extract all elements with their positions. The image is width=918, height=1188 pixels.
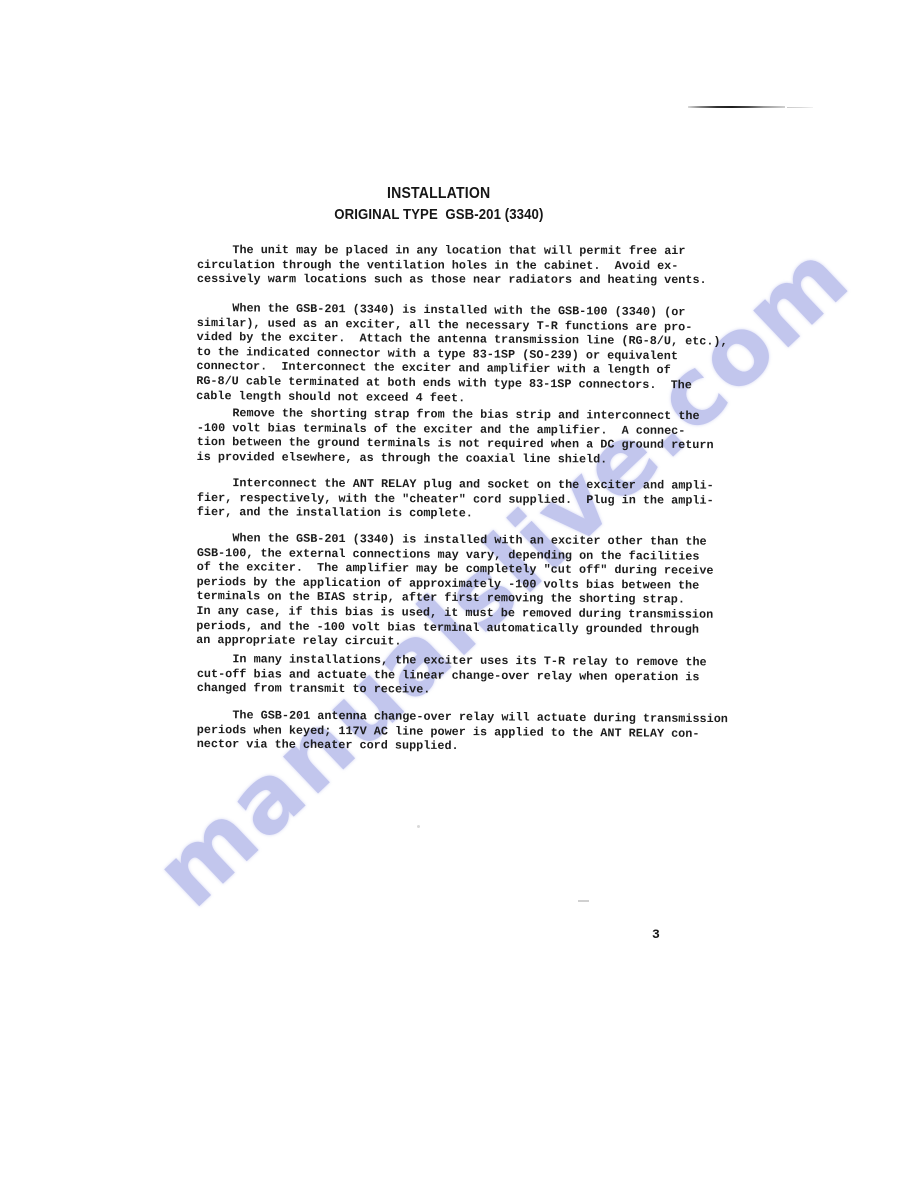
page-title: INSTALLATION bbox=[0, 185, 878, 203]
paragraph-ant-relay: Interconnect the ANT RELAY plug and sock… bbox=[197, 476, 714, 522]
paragraph-bias-strap: Remove the shorting strap from the bias … bbox=[197, 406, 714, 468]
page-subtitle: ORIGINAL TYPE GSB-201 (3340) bbox=[0, 206, 878, 223]
scan-speck bbox=[417, 825, 420, 828]
scan-artifact-line-tail bbox=[787, 107, 813, 108]
paragraph-tr-relay: In many installations, the exciter uses … bbox=[197, 652, 707, 699]
paragraph-other-exciter: When the GSB-201 (3340) is installed wit… bbox=[196, 531, 714, 652]
paragraph-placement: The unit may be placed in any location t… bbox=[197, 243, 707, 288]
paragraph-exciter-connection: When the GSB-201 (3340) is installed wit… bbox=[196, 301, 728, 408]
scanned-manual-page: manualslive.com INSTALLATION ORIGINAL TY… bbox=[0, 0, 918, 1188]
scan-speck bbox=[578, 900, 589, 902]
paragraph-changeover-relay: The GSB-201 antenna change-over relay wi… bbox=[197, 708, 728, 756]
page-title-text: INSTALLATION bbox=[387, 185, 490, 203]
page-number: 3 bbox=[652, 927, 660, 942]
scan-artifact-line bbox=[688, 106, 785, 108]
page-subtitle-text: ORIGINAL TYPE GSB-201 (3340) bbox=[334, 206, 543, 223]
